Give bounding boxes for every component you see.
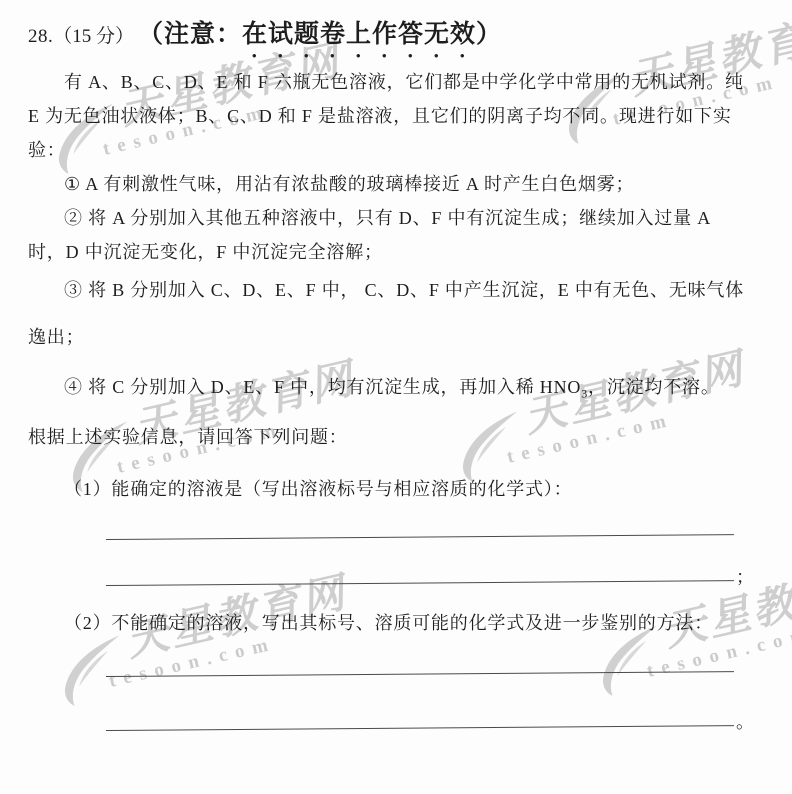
notice-emphasized-text: 在试题卷上作答无效	[242, 14, 476, 63]
intro-line-3: 验：	[28, 133, 766, 167]
experiment-step-1: ① A 有刺激性气味，用沾有浓盐酸的玻璃棒接近 A 时产生白色烟雾；	[28, 167, 766, 201]
answer-blank-4: 。	[106, 725, 734, 731]
experiment-step-2-line-2: 时，D 中沉淀无变化，F 中沉淀完全溶解；	[28, 235, 766, 269]
notice-open: （注意：	[138, 14, 242, 50]
experiment-step-3-line-1: ③ 将 B 分别加入 C、D、E、F 中， C、D、F 中产生沉淀，E 中有无色…	[28, 273, 766, 307]
intro-line-1: 有 A、B、C、D、E 和 F 六瓶无色溶液，它们都是中学化学中常用的无机试剂。…	[28, 65, 766, 99]
question-1-prompt: （1）能确定的溶液是（写出溶液标号与相应溶质的化学式）：	[28, 472, 766, 506]
notice-close: ）	[476, 14, 502, 50]
question-2-prompt: （2）不能确定的溶液，写出其标号、溶质可能的化学式及进一步鉴别的方法：	[28, 606, 766, 640]
answer-blank-2: ；	[106, 580, 734, 586]
answer-blank-1	[106, 534, 734, 540]
hno3-subscript: 3	[581, 387, 588, 401]
experiment-step-3-line-2: 逸出；	[28, 320, 766, 354]
question-content: 28. （15 分） （注意： 在试题卷上作答无效 ） 有 A、B、C、D、E …	[0, 0, 792, 731]
step-4-text-after-formula: ，沉淀均不溶。	[588, 377, 720, 397]
intro-line-2: E 为无色油状液体；B、C、D 和 F 是盐溶液，且它们的阴离子均不同。现进行如…	[28, 99, 766, 133]
blank-4-end-punctuation: 。	[736, 708, 754, 734]
answer-blank-3	[106, 671, 734, 677]
question-number: 28.	[28, 26, 53, 48]
summary-line: 根据上述实验信息，请回答下列问题：	[28, 420, 766, 454]
experiment-step-4: ④ 将 C 分别加入 D、E、F 中，均有沉淀生成，再加入稀 HNO3，沉淀均不…	[28, 370, 766, 411]
question-score: （15 分）	[53, 21, 134, 48]
scanned-exam-page: 天星教育网 tesoon.com 天星教育网 tesoon.com 天星教育网 …	[0, 0, 792, 794]
blank-2-end-punctuation: ；	[736, 563, 754, 589]
experiment-step-2-line-1: ② 将 A 分别加入其他五种溶液中，只有 D、F 中有沉淀生成；继续加入过量 A	[28, 201, 766, 235]
step-4-text-before-formula: ④ 将 C 分别加入 D、E、F 中，均有沉淀生成，再加入稀 HNO	[64, 377, 581, 397]
question-title: 28. （15 分） （注意： 在试题卷上作答无效 ）	[28, 14, 766, 63]
